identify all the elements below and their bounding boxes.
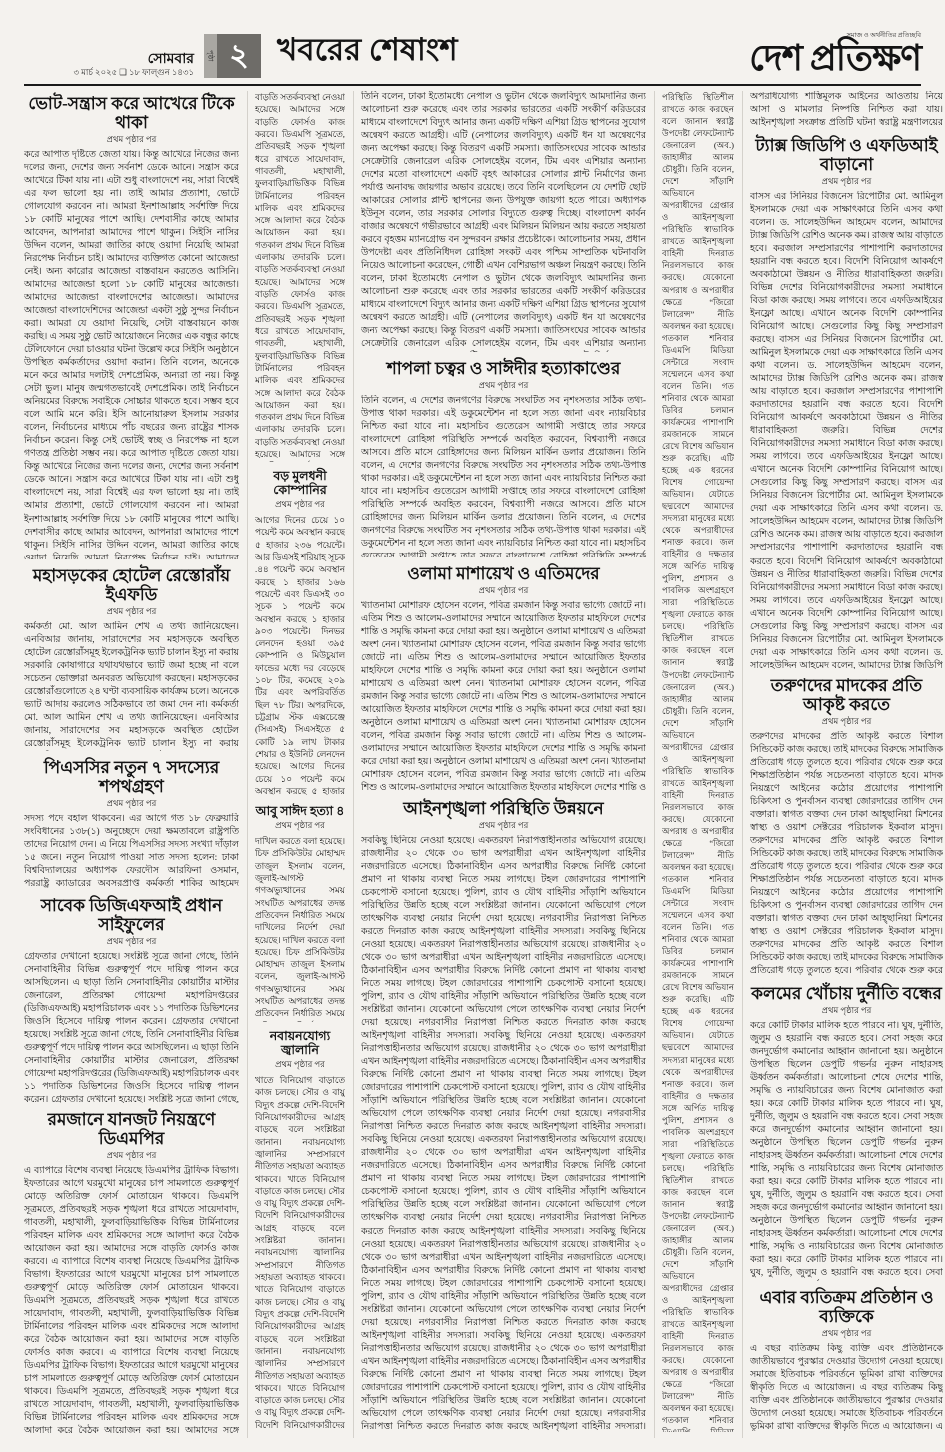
- column-5: অপরাধযোগ্য শাস্তিমূলক আইনের আওতায় নিয়ে…: [742, 91, 943, 1438]
- continued-from-front-page-label: প্রথম পৃষ্ঠার পর: [361, 819, 646, 833]
- page-number-box: পৃষ্ঠা ২: [204, 34, 261, 78]
- article: নবায়নযোগ্য জ্বালানিপ্রথম পৃষ্ঠার পরখাতে…: [255, 1026, 345, 1436]
- article-headline: বড় মুলধনী কোম্পানির: [255, 469, 345, 497]
- article-headline: নবায়নযোগ্য জ্বালানি: [255, 1029, 345, 1057]
- article-body: খাতে বিনিয়োগ বাড়াতে কাজ চলছে। সৌর ও বা…: [255, 1074, 345, 1432]
- article-body: করে আপাত দৃষ্টিতে জেতা যায়। কিন্তু আখের…: [24, 149, 239, 559]
- continued-from-front-page-label: প্রথম পৃষ্ঠার পর: [750, 715, 943, 729]
- newspaper-page: সোমবার ৩ মার্চ ২০২৫ ❑ ১৮ ফাল্গুন ১৪৩১ পৃ…: [0, 0, 945, 1452]
- article-body: আগের দিনের চেয়ে ১০ পয়েন্ট কমে অবস্থান …: [255, 514, 345, 797]
- article: শাপলা চত্বর ও সাঈদীর হত্যাকাণ্ডেরপ্রথম প…: [361, 356, 646, 561]
- article-body: গ্রেফতার দেখানো হয়েছে। সংশ্লিষ্ট সূত্রে…: [24, 951, 239, 1103]
- article-continuation: অপরাধযোগ্য শাস্তিমূলক আইনের আওতায় নিয়ে…: [750, 91, 943, 133]
- article: রমজানে যানজট নিয়ন্ত্রণে ডিএমপিরপ্রথম পৃ…: [24, 1107, 239, 1437]
- continued-from-front-page-label: প্রথম পৃষ্ঠার পর: [24, 797, 239, 811]
- article-body: এ ব্যাপারে বিশেষ ব্যবস্থা নিয়েছে ডিএমপি…: [24, 1165, 239, 1433]
- article-body: এ বছর ব্যতিক্রম কিছু ব্যক্তি এবং প্রতিষ্…: [750, 1343, 943, 1431]
- article-body: বাড়তি সতর্কব্যবস্থা নেওয়া হয়েছে। আমাদ…: [255, 91, 345, 462]
- continued-from-front-page-label: প্রথম পৃষ্ঠার পর: [255, 819, 345, 833]
- column-3: তিনি বলেন, ঢাকা ইতোমধ্যে নেপাল ও ভুটান থ…: [353, 91, 646, 1438]
- article: মহাসড়কের হোটেল রেস্তোরাঁয় ইএফডিপ্রথম প…: [24, 563, 239, 755]
- date-block: সোমবার ৩ মার্চ ২০২৫ ❑ ১৮ ফাল্গুন ১৪৩১: [24, 52, 204, 78]
- continued-from-front-page-label: প্রথম পৃষ্ঠার পর: [255, 1058, 345, 1072]
- article-body: তিনি বলেন, ঢাকা ইতোমধ্যে নেপাল ও ভুটান থ…: [361, 91, 646, 352]
- article-headline: ওলামা মাশায়েখ ও এতিমদের: [361, 564, 646, 583]
- continued-from-front-page-label: প্রথম পৃষ্ঠার পর: [750, 1004, 943, 1018]
- article-body: কর্মকর্তা মো. আল আমিন শেখ এ তথ্য জানিয়ে…: [24, 621, 239, 751]
- article: বড় মুলধনী কোম্পানিরপ্রথম পৃষ্ঠার পরআগের…: [255, 466, 345, 801]
- article: কলমের খোঁচায় দুর্নীতি বন্ধেরপ্রথম পৃষ্ঠ…: [750, 981, 943, 1285]
- article-headline: মহাসড়কের হোটেল রেস্তোরাঁয় ইএফডি: [24, 566, 239, 604]
- article-continuation: পরিস্থিতি স্থিতিশীল রাখতে কাজ করছেন বলে …: [662, 91, 734, 1436]
- article-body: সদস্য পদে বহাল থাকবেন। এর আগে গত ১৮ ফেব্…: [24, 813, 239, 889]
- paper-logo-block: সমাজ ও অর্থনীতির প্রতিচ্ছবি দেশ প্রতিক্ষ…: [749, 33, 921, 79]
- article: তরুণদের মাদকের প্রতি আকৃষ্ট করতেপ্রথম পৃ…: [750, 673, 943, 981]
- article: পিএসসির নতুন ৭ সদস্যের শপথগ্রহণপ্রথম পৃষ…: [24, 755, 239, 893]
- article-headline: আইনশৃঙ্খলা পরিস্থিতি উন্নয়নে: [361, 799, 646, 818]
- article-body: সবকিছু ছিনিয়ে নেওয়া হয়েছে। একতরফা নির…: [361, 835, 646, 1432]
- column-2: বাড়তি সতর্কব্যবস্থা নেওয়া হয়েছে। আমাদ…: [247, 91, 345, 1438]
- masthead: সোমবার ৩ মার্চ ২০২৫ ❑ ১৮ ফাল্গুন ১৪৩১ পৃ…: [24, 0, 921, 86]
- continued-from-front-page-label: প্রথম পৃষ্ঠার পর: [361, 379, 646, 393]
- article: সাবেক ডিজিএফআই প্রধান সাইফুলেরপ্রথম পৃষ্…: [24, 893, 239, 1107]
- article-headline: তরুণদের মাদকের প্রতি আকৃষ্ট করতে: [750, 676, 943, 714]
- date-line: ৩ মার্চ ২০২৫ ❑ ১৮ ফাল্গুন ১৪৩১: [24, 68, 194, 78]
- article: আবু সাঈদ হত্যা ৪প্রথম পৃষ্ঠার পরদাখিল কর…: [255, 801, 345, 1026]
- page-number: ২: [217, 34, 261, 78]
- page-label: পৃষ্ঠা: [204, 34, 217, 78]
- article-body: খ্যাতনামা মোশারফ হোসেন বলেন, পবিত্র রমজা…: [361, 600, 646, 792]
- article-body: তিনি বলেন, এ দেশের জনগণের বিরুদ্ধে সংঘটি…: [361, 395, 646, 557]
- article-body: অপরাধযোগ্য শাস্তিমূলক আইনের আওতায় নিয়ে…: [750, 91, 943, 129]
- continued-from-front-page-label: প্রথম পৃষ্ঠার পর: [750, 1327, 943, 1341]
- article-headline: ভোট-সন্ত্রাস করে আখেরে টিকে থাকা: [24, 94, 239, 132]
- continued-from-front-page-label: প্রথম পৃষ্ঠার পর: [24, 605, 239, 619]
- continued-from-front-page-label: প্রথম পৃষ্ঠার পর: [255, 498, 345, 512]
- section-title: খবরের শেষাংশ: [267, 26, 458, 78]
- article-headline: পিএসসির নতুন ৭ সদস্যের শপথগ্রহণ: [24, 758, 239, 796]
- article-body: দাখিল করতে বলা হয়েছে। চিফ প্রসিকিউটর মো…: [255, 835, 345, 1022]
- article-body: বাসস এর সিনিয়র বিজনেস রিপোর্টার মো. আমি…: [750, 191, 943, 669]
- article-headline: আবু সাঈদ হত্যা ৪: [255, 804, 345, 818]
- article-headline: কলমের খোঁচায় দুর্নীতি বন্ধের: [750, 984, 943, 1003]
- article: ওলামা মাশায়েখ ও এতিমদেরপ্রথম পৃষ্ঠার পর…: [361, 561, 646, 796]
- column-1: ভোট-সন্ত্রাস করে আখেরে টিকে থাকাপ্রথম পৃ…: [24, 91, 239, 1438]
- article-headline: শাপলা চত্বর ও সাঈদীর হত্যাকাণ্ডের: [361, 359, 646, 378]
- article: আইনশৃঙ্খলা পরিস্থিতি উন্নয়নেপ্রথম পৃষ্ঠ…: [361, 796, 646, 1436]
- article-continuation: বাড়তি সতর্কব্যবস্থা নেওয়া হয়েছে। আমাদ…: [255, 91, 345, 466]
- article-body: করে কোটি টাকার মালিক হতে পারবে না। ঘুষ, …: [750, 1020, 943, 1281]
- continued-from-front-page-label: প্রথম পৃষ্ঠার পর: [24, 133, 239, 147]
- article-continuation: তিনি বলেন, ঢাকা ইতোমধ্যে নেপাল ও ভুটান থ…: [361, 91, 646, 356]
- article: এবার ব্যতিক্রম প্রতিষ্ঠান ও ব্যক্তিকেপ্র…: [750, 1285, 943, 1435]
- article-body: পরিস্থিতি স্থিতিশীল রাখতে কাজ করছেন বলে …: [662, 91, 734, 1432]
- article-headline: রমজানে যানজট নিয়ন্ত্রণে ডিএমপির: [24, 1110, 239, 1148]
- continued-from-front-page-label: প্রথম পৃষ্ঠার পর: [361, 584, 646, 598]
- article-headline: ট্যাক্স জিডিপি ও এফডিআই বাড়ানো: [750, 136, 943, 174]
- continued-from-front-page-label: প্রথম পৃষ্ঠার পর: [750, 175, 943, 189]
- article-columns: ভোট-সন্ত্রাস করে আখেরে টিকে থাকাপ্রথম পৃ…: [24, 86, 921, 1438]
- article-headline: সাবেক ডিজিএফআই প্রধান সাইফুলের: [24, 896, 239, 934]
- continued-from-front-page-label: প্রথম পৃষ্ঠার পর: [24, 1149, 239, 1163]
- article-headline: এবার ব্যতিক্রম প্রতিষ্ঠান ও ব্যক্তিকে: [750, 1288, 943, 1326]
- article: ভোট-সন্ত্রাস করে আখেরে টিকে থাকাপ্রথম পৃ…: [24, 91, 239, 563]
- day-name: সোমবার: [24, 52, 194, 68]
- paper-name: দেশ প্রতিক্ষণ: [749, 40, 921, 76]
- article-body: তরুণদের মাদকের প্রতি আকৃষ্ট করতে বিশাল স…: [750, 731, 943, 977]
- article: ট্যাক্স জিডিপি ও এফডিআই বাড়ানোপ্রথম পৃষ…: [750, 133, 943, 673]
- continued-from-front-page-label: প্রথম পৃষ্ঠার পর: [24, 935, 239, 949]
- column-4: পরিস্থিতি স্থিতিশীল রাখতে কাজ করছেন বলে …: [654, 91, 734, 1438]
